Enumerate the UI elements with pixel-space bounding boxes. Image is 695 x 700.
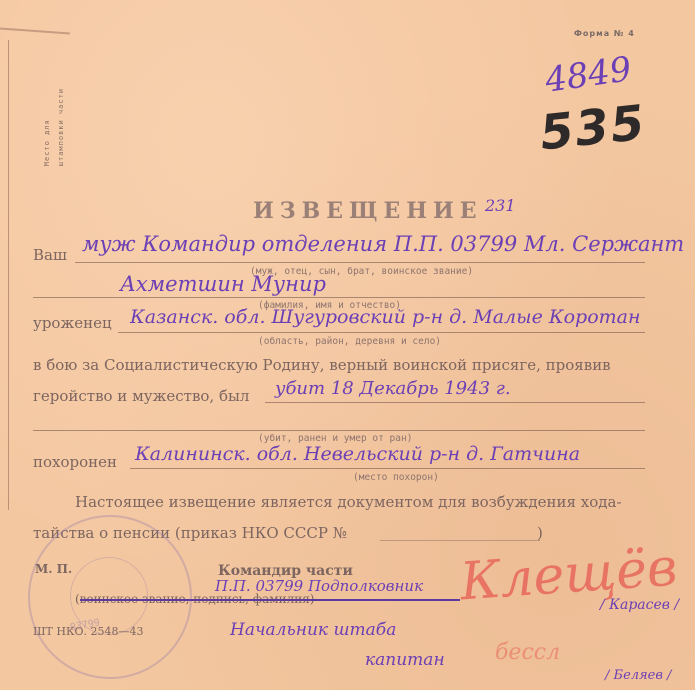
- native-value: Казанск. обл. Шугуровский р-н д. Малые К…: [130, 306, 641, 328]
- side-note: Место для штамповки части: [40, 88, 68, 166]
- vash-underline: [75, 262, 645, 263]
- name-underline: [33, 297, 645, 298]
- native-label: уроженец: [33, 314, 112, 332]
- document-title: ИЗВЕЩЕНИЕ: [253, 198, 483, 224]
- pension-number-field: [380, 540, 540, 541]
- native-underline: [118, 332, 645, 333]
- status-value: убит 18 Декабрь 1943 г.: [275, 378, 511, 399]
- title-handwritten-number: 231: [485, 196, 516, 215]
- archive-number-violet: 4849: [543, 49, 634, 101]
- notification-document: Место для штамповки части Форма № 4 4849…: [0, 0, 695, 690]
- vash-label: Ваш: [33, 246, 67, 264]
- status-underline-2: [33, 430, 645, 431]
- pension-line-2-end: ): [537, 524, 543, 542]
- pension-line-1: Настоящее извещение является документом …: [75, 493, 622, 511]
- buried-label: похоронен: [33, 453, 117, 471]
- vash-value: муж Командир отделения П.П. 03799 Мл. Се…: [82, 232, 684, 256]
- body-line-1: в бою за Социалистическую Родину, верный…: [33, 356, 611, 374]
- paper-tear: [0, 28, 70, 35]
- caption-strikeout: [80, 599, 460, 601]
- print-code: ШТ НКО. 2548—43: [33, 625, 144, 638]
- margin-rule: [8, 40, 9, 510]
- body-line-2-label: геройство и мужество, был: [33, 387, 249, 405]
- native-caption: (область, район, деревня и село): [258, 336, 441, 347]
- chief-of-staff: Начальник штаба: [230, 620, 396, 640]
- status-underline: [265, 402, 645, 403]
- red-annotation-2: бессл: [495, 640, 560, 665]
- buried-caption: (место похорон): [353, 472, 439, 483]
- mp-label: М. П.: [35, 562, 72, 576]
- buried-underline: [130, 468, 645, 469]
- name-value: Ахметшин Мунир: [120, 272, 326, 296]
- form-number: Форма № 4: [574, 29, 635, 38]
- buried-value: Калининск. обл. Невельский р-н д. Гатчин…: [135, 443, 580, 465]
- archive-number-pencil: 535: [537, 95, 648, 162]
- chief-of-staff-rank: капитан: [365, 650, 445, 670]
- chief-signature: / Беляев /: [605, 668, 671, 683]
